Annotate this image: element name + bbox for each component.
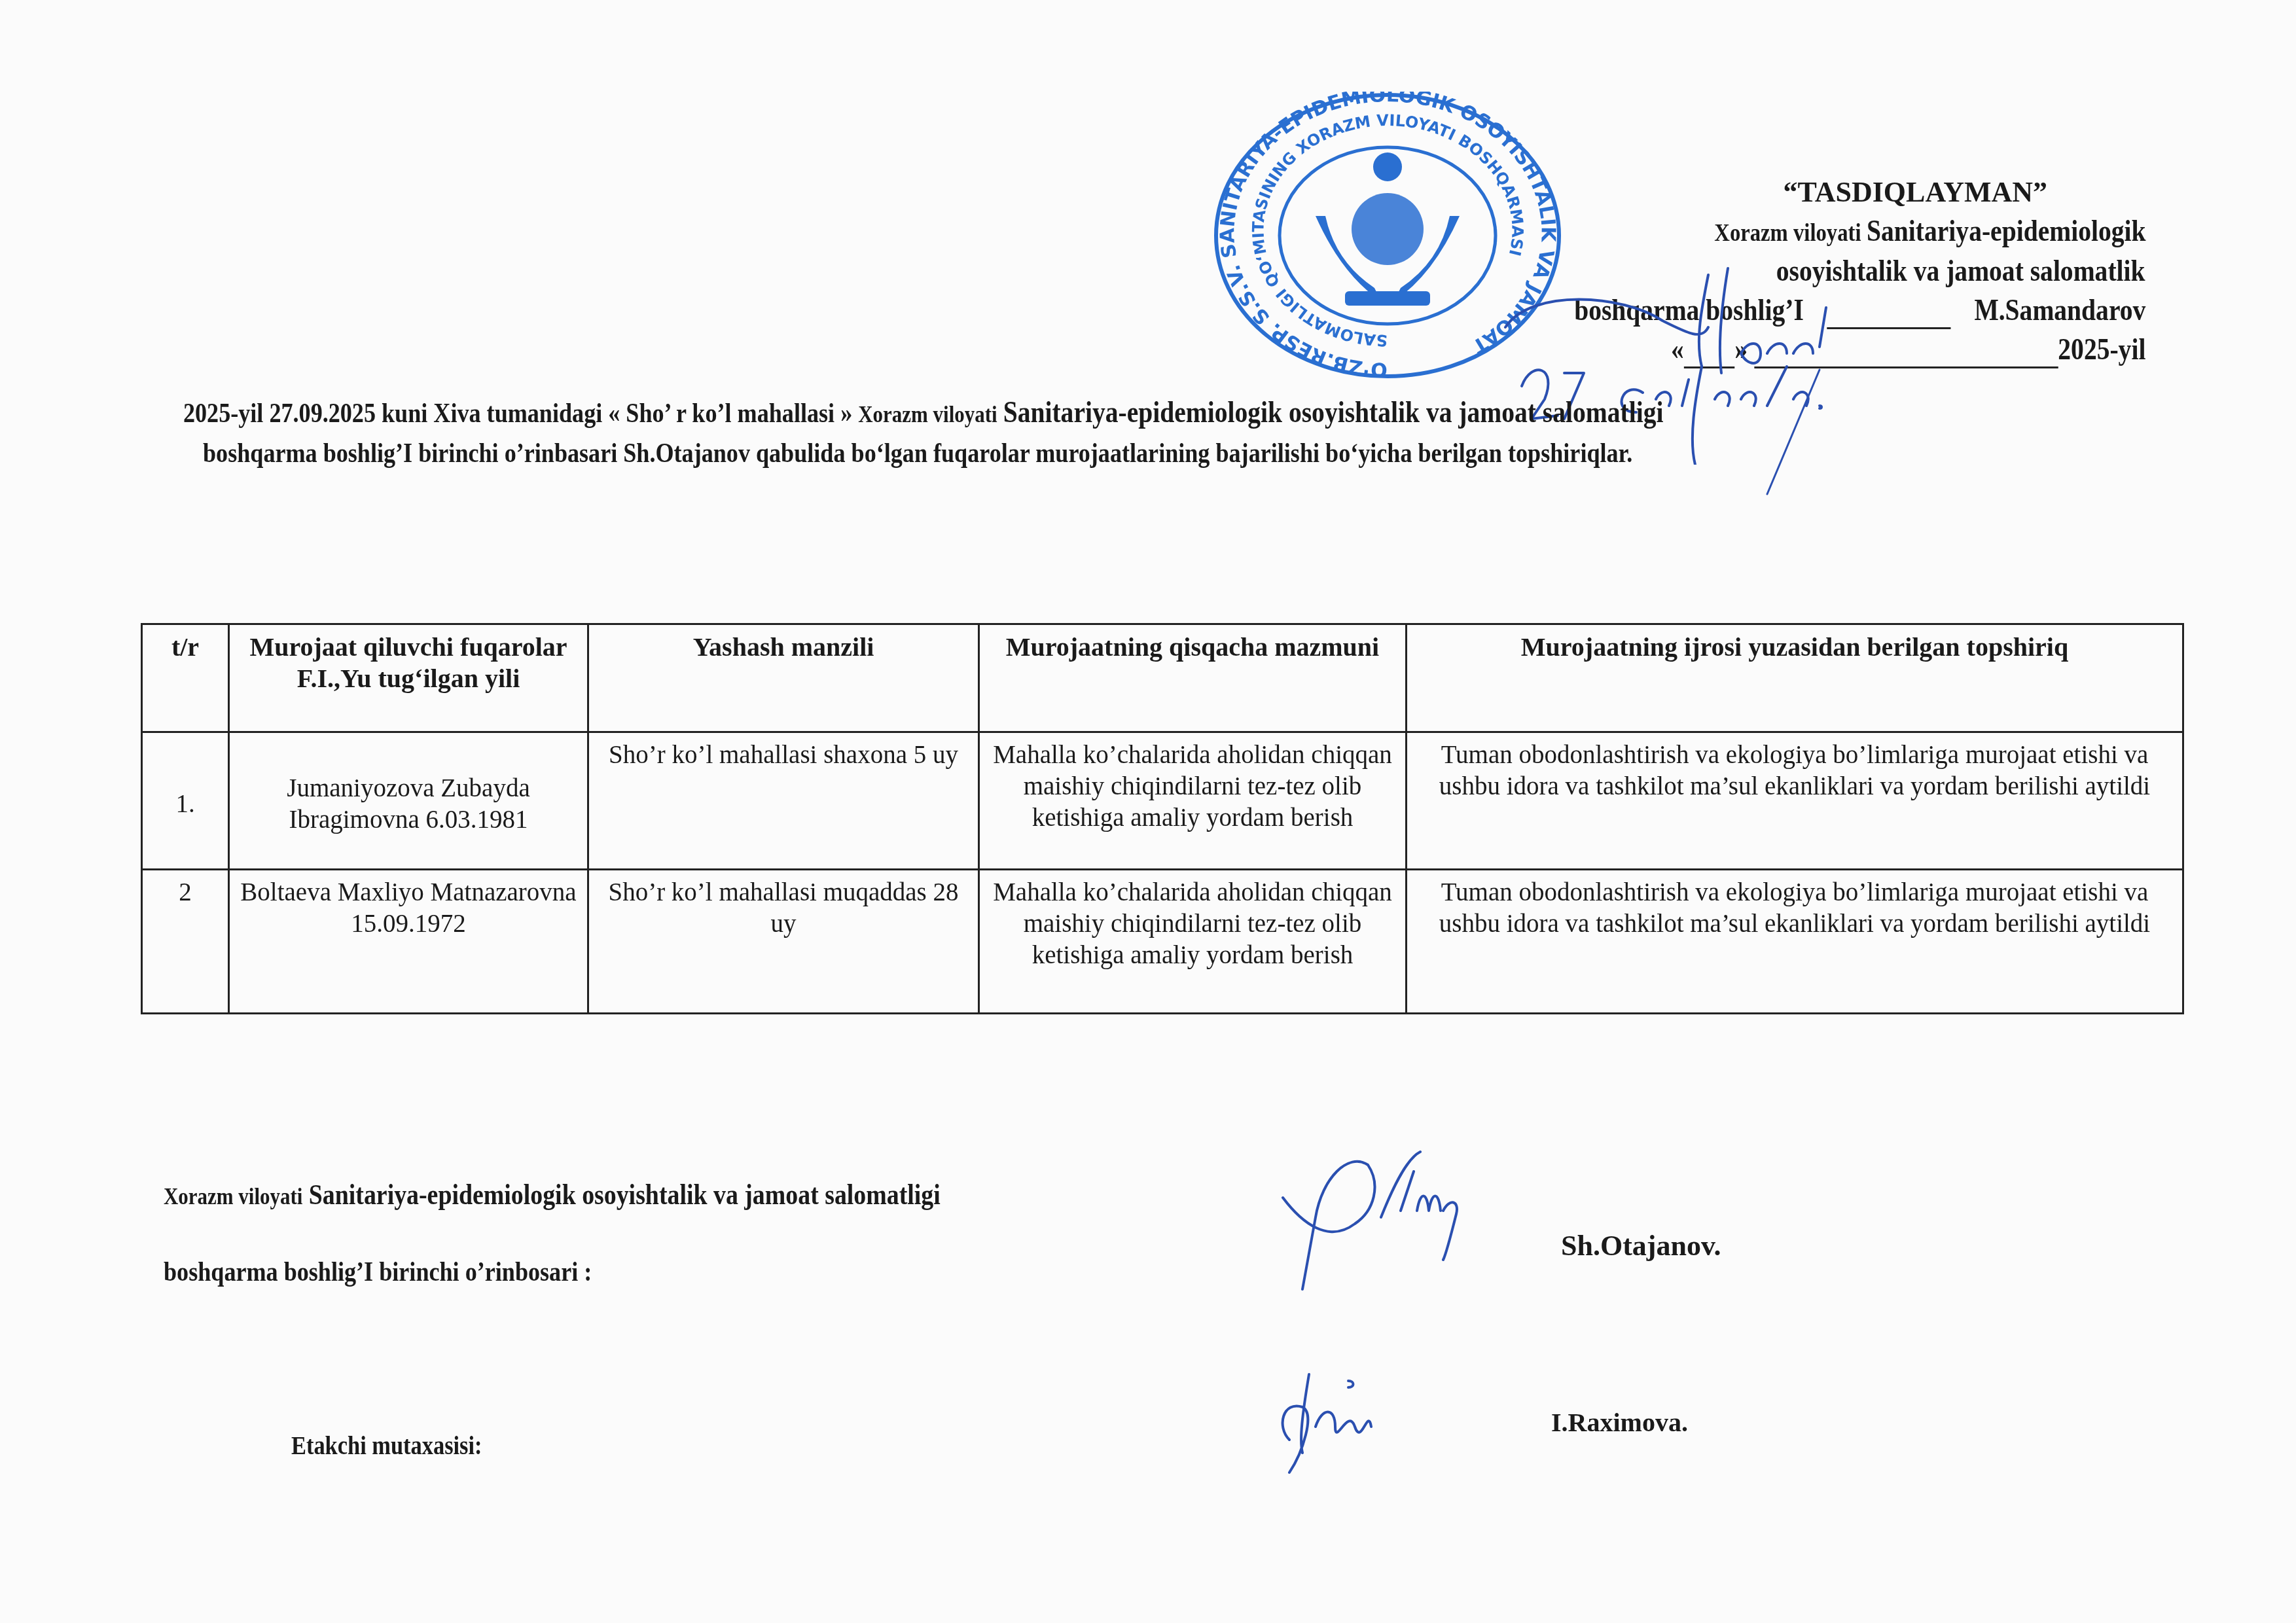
footer-region: Xorazm viloyati [164, 1183, 302, 1209]
approval-title: “TASDIQLAYMAN” [1784, 176, 2047, 208]
footer-org: Sanitariya-epidemiologik osoyishtalik va… [309, 1179, 941, 1211]
date-year: 2025-yil [2058, 332, 2145, 366]
header-summary: Murojaatning qisqacha mazmuni [979, 624, 1407, 732]
table-row: 1. Jumaniyozova Zubayda Ibragimovna 6.03… [142, 732, 2183, 870]
footer-signer1-title: Xorazm viloyati Sanitariya-epidemiologik… [164, 1178, 1067, 1211]
footer-signer2-role: Etakchi mutaxasisi: [291, 1430, 513, 1461]
row-address: Sho’r ko’l mahallasi muqaddas 28 uy [588, 870, 979, 1014]
row-citizen: Boltaeva Maxliyo Matnazarovna 15.09.1972 [229, 870, 588, 1014]
heading-region: Xorazm viloyati [858, 401, 997, 427]
row-address: Sho’r ko’l mahallasi shaxona 5 uy [588, 732, 979, 870]
row-citizen: Jumaniyozova Zubayda Ibragimovna 6.03.19… [229, 732, 588, 870]
header-task: Murojaatning ijrosi yuzasidan berilgan t… [1407, 624, 2183, 732]
heading-org: Sanitariya-epidemiologik osoyishtalik va… [1003, 395, 1664, 429]
footer-role2-text: Etakchi mutaxasisi: [291, 1430, 482, 1461]
row-summary: Mahalla ko’chalarida aholidan chiqqan ma… [979, 732, 1407, 870]
row-number: 1. [142, 732, 229, 870]
row-task: Tuman obodonlashtirish va ekologiya bo’l… [1407, 732, 2183, 870]
document-heading: 2025-yil 27.09.2025 kuni Xiva tumanidagi… [183, 393, 2147, 473]
header-citizen: Murojaat qiluvchi fuqarolar F.I.,Yu tug‘… [229, 624, 588, 732]
heading-subject: boshqarma boshlig’I birinchi o’rinbasari… [203, 434, 1632, 473]
footer-role-text: boshqarma boshlig’I birinchi o’rinbosari… [164, 1257, 592, 1288]
pen-stroke [1754, 366, 1833, 497]
approval-region: Xorazm viloyati [1714, 219, 1861, 247]
signer2-name: I.Raximova. [1551, 1407, 1688, 1438]
signature-otajanov [1276, 1145, 1492, 1296]
appeals-table: t/r Murojaat qiluvchi fuqarolar F.I.,Yu … [141, 623, 2184, 1014]
header-address: Yashash manzili [588, 624, 979, 732]
table-row: 2 Boltaeva Maxliyo Matnazarovna 15.09.19… [142, 870, 2183, 1014]
signer1-name: Sh.Otajanov. [1561, 1229, 1721, 1262]
row-task: Tuman obodonlashtirish va ekologiya bo’l… [1407, 870, 2183, 1014]
table-header-row: t/r Murojaat qiluvchi fuqarolar F.I.,Yu … [142, 624, 2183, 732]
signature-raximova [1263, 1361, 1407, 1479]
approval-org: Sanitariya-epidemiologik [1867, 214, 2145, 247]
footer-signer1-role: boshqarma boshlig’I birinchi o’rinbosari… [164, 1257, 662, 1288]
header-number: t/r [142, 624, 229, 732]
heading-date-location: 2025-yil 27.09.2025 kuni Xiva tumanidagi… [183, 399, 852, 429]
row-number: 2 [142, 870, 229, 1014]
approval-signer-name: M.Samandarov [1974, 293, 2145, 327]
row-summary: Mahalla ko’chalarida aholidan chiqqan ma… [979, 870, 1407, 1014]
